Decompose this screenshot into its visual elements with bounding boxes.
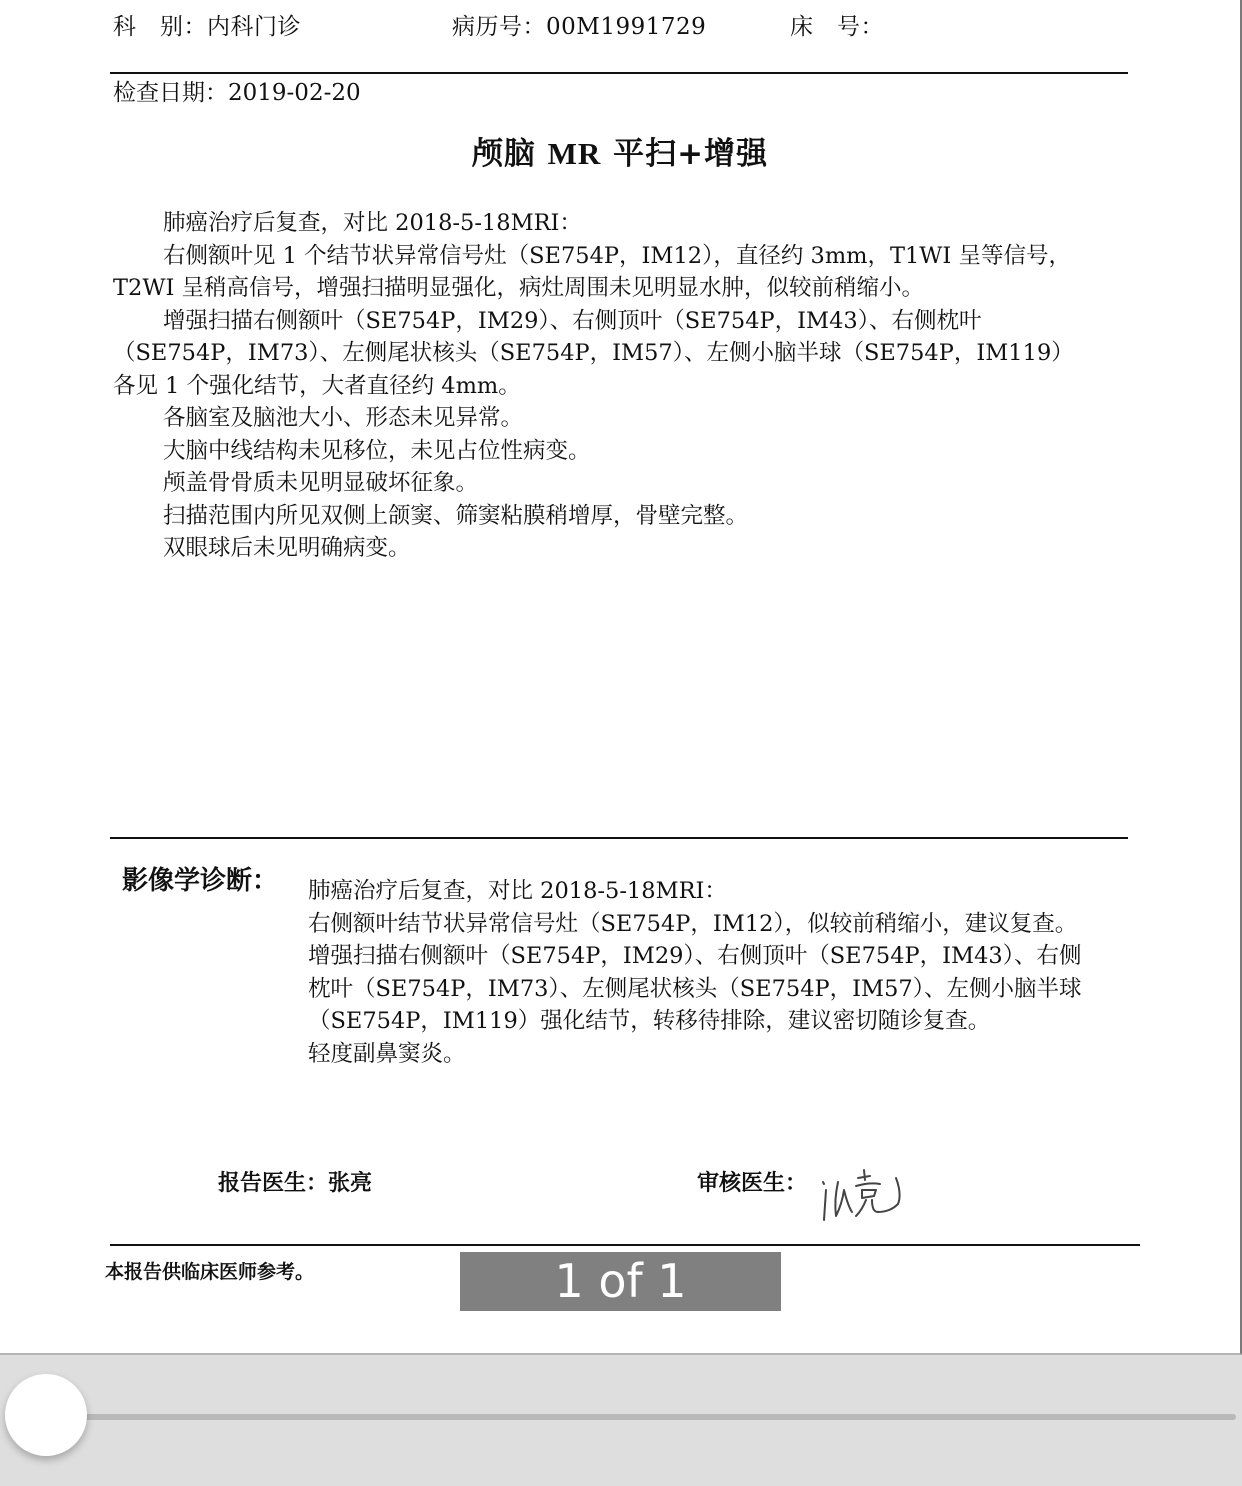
diagnosis-line: 增强扫描右侧额叶（SE754P，IM29）、右侧顶叶（SE754P，IM43）、… (308, 940, 1088, 1038)
reviewing-doctor: 审核医生： (697, 1166, 807, 1197)
exam-date-label: 检查日期： (113, 80, 228, 106)
report-page: 科 别：内科门诊 病历号：00M1991729 床 号： 检查日期：2019-0… (0, 0, 1242, 1355)
exam-date-field: 检查日期：2019-02-20 (113, 74, 361, 107)
finding-paragraph: 颅盖骨骨质未见明显破坏征象。 (113, 467, 1093, 500)
diagnosis-line: 轻度副鼻窦炎。 (308, 1038, 1088, 1071)
report-title: 颅脑 MR 平扫+增强 (0, 128, 1240, 173)
title-prefix: 颅脑 (472, 136, 536, 172)
clinical-reference-note: 本报告供临床医师参考。 (105, 1257, 314, 1284)
page-scrubber-track[interactable] (60, 1414, 1236, 1420)
finding-paragraph: 扫描范围内所见双侧上颌窦、筛窦粘膜稍增厚，骨壁完整。 (113, 500, 1093, 533)
diagnosis-line: 肺癌治疗后复查，对比 2018-5-18MRI： (308, 875, 1088, 908)
reviewing-doctor-label: 审核医生： (697, 1171, 807, 1196)
finding-paragraph: 右侧额叶见 1 个结节状异常信号灶（SE754P，IM12），直径约 3mm，T… (113, 240, 1093, 305)
findings-section: 肺癌治疗后复查，对比 2018-5-18MRI： 右侧额叶见 1 个结节状异常信… (113, 207, 1093, 565)
diagnosis-label: 影像学诊断： (122, 860, 278, 897)
department-value: 内科门诊 (207, 14, 301, 40)
title-modality: MR (548, 136, 602, 171)
findings-divider (110, 837, 1128, 839)
bed-number-label: 床 号： (790, 14, 884, 40)
finding-paragraph: 增强扫描右侧额叶（SE754P，IM29）、右侧顶叶（SE754P，IM43）、… (113, 305, 1093, 403)
diagnosis-line: 右侧额叶结节状异常信号灶（SE754P，IM12），似较前稍缩小，建议复查。 (308, 908, 1088, 941)
reporting-doctor-label: 报告医生： (218, 1171, 328, 1196)
exam-date-value: 2019-02-20 (228, 80, 361, 106)
finding-paragraph: 双眼球后未见明确病变。 (113, 532, 1093, 565)
reporting-doctor-name: 张亮 (328, 1171, 372, 1196)
handwritten-signature-icon (818, 1160, 918, 1230)
reporting-doctor: 报告医生：张亮 (218, 1166, 372, 1197)
diagnosis-section: 肺癌治疗后复查，对比 2018-5-18MRI： 右侧额叶结节状异常信号灶（SE… (308, 875, 1088, 1070)
finding-paragraph: 各脑室及脑池大小、形态未见异常。 (113, 402, 1093, 435)
finding-paragraph: 肺癌治疗后复查，对比 2018-5-18MRI： (113, 207, 1093, 240)
department-label: 科 别： (113, 14, 207, 40)
page-indicator: 1 of 1 (460, 1252, 781, 1311)
title-suffix: 平扫+增强 (613, 136, 768, 172)
record-number-field: 病历号：00M1991729 (452, 8, 706, 41)
record-number-label: 病历号： (452, 14, 546, 40)
signature-divider (110, 1244, 1140, 1246)
bed-number-field: 床 号： (790, 8, 884, 41)
department-field: 科 别：内科门诊 (113, 8, 301, 41)
finding-paragraph: 大脑中线结构未见移位，未见占位性病变。 (113, 435, 1093, 468)
viewer-toolbar (0, 1355, 1242, 1486)
record-number-value: 00M1991729 (546, 14, 706, 40)
page-scrubber-thumb[interactable] (5, 1374, 87, 1456)
